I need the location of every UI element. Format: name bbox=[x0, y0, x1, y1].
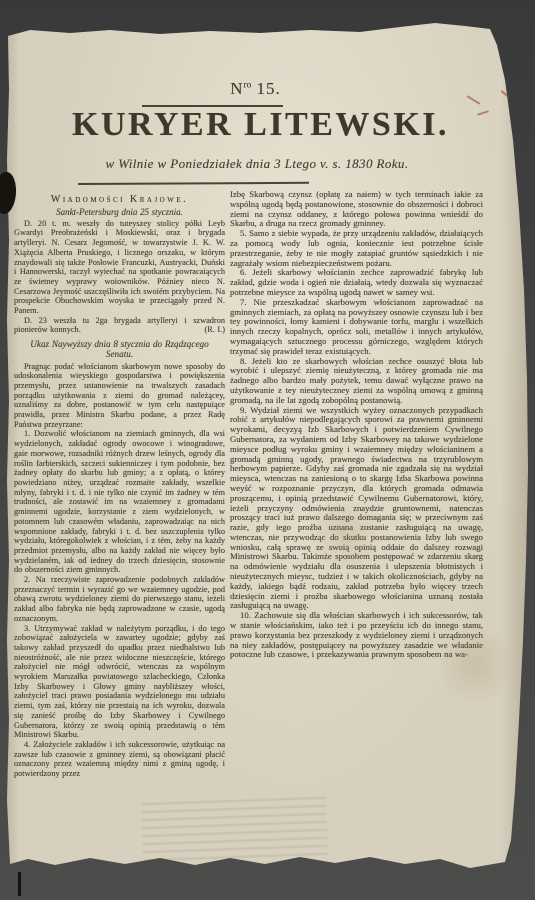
issue-prefix: N bbox=[230, 79, 243, 98]
paragraph: Izbę Skarbową czynsz (opłatę za naiem) w… bbox=[230, 190, 483, 229]
right-column-paragraphs: Izbę Skarbową czynsz (opłatę za naiem) w… bbox=[230, 190, 483, 660]
paper-stain bbox=[300, 500, 390, 570]
masthead-dateline: w Wilnie w Poniedziałek dnia 3 Ltego v. … bbox=[0, 156, 514, 172]
source-credit: (R. I.) bbox=[205, 325, 225, 335]
paragraph: D. 20 t. m. weszły do tuteyszey stolicy … bbox=[14, 219, 225, 316]
paragraph: D. 23 weszła tu 2ga brygada artylleryi i… bbox=[14, 316, 225, 335]
paragraph: 1. Dozwolić włościanom na ziemiach gminn… bbox=[14, 429, 225, 575]
issue-superscript: ro bbox=[243, 80, 251, 90]
show-through-ghost-text bbox=[141, 797, 328, 861]
paragraph: 5. Samo z siebie wypada, że przy urządze… bbox=[230, 229, 483, 268]
scan-edge-mark bbox=[18, 872, 21, 896]
paragraph: Sankt-Petersburg dnia 25 stycznia. bbox=[14, 208, 225, 218]
issue-number: Nro 15. bbox=[0, 79, 523, 99]
paragraph: 6. Jeżeli skarbowy włościanin zechce zap… bbox=[230, 268, 483, 297]
paragraph: Pragnąc podać włościanom skarbowym nowe … bbox=[14, 362, 225, 430]
paragraph: 8. Jeżeli kto ze skarbowych włościan zec… bbox=[230, 357, 483, 406]
paragraph: 7. Nie przeszkadzać skarbowym włościanom… bbox=[230, 298, 483, 357]
article-heading: Ukaz Naywyższy dnia 8 stycznia do Rządzą… bbox=[28, 339, 211, 359]
left-column: Wiadomości Krajowe. Sankt-Petersburg dni… bbox=[14, 194, 225, 779]
paragraph: 3. Utrzymywać zakład w należytym porządk… bbox=[14, 624, 225, 740]
paragraph: 2. Na rzeczywiste zaprowadzenie podobnyc… bbox=[14, 575, 225, 624]
scanned-newspaper-page: Nro 15. KURYER LITEWSKI. w Wilnie w Poni… bbox=[0, 0, 535, 900]
newspaper-title: KURYER LITEWSKI. bbox=[0, 106, 528, 144]
right-column: Izbę Skarbową czynsz (opłatę za naiem) w… bbox=[230, 190, 483, 660]
issue-value: 15. bbox=[257, 79, 281, 98]
section-header: Wiadomości Krajowe. bbox=[14, 194, 225, 205]
paper-stain bbox=[440, 620, 510, 710]
paragraph: 4. Założyciele zakładów i ich sukcessoro… bbox=[14, 740, 225, 779]
left-column-paragraphs: Sankt-Petersburg dnia 25 stycznia.D. 20 … bbox=[14, 208, 225, 779]
masthead-rule-bottom bbox=[78, 182, 309, 185]
page-content: Nro 15. KURYER LITEWSKI. w Wilnie w Poni… bbox=[0, 0, 535, 900]
